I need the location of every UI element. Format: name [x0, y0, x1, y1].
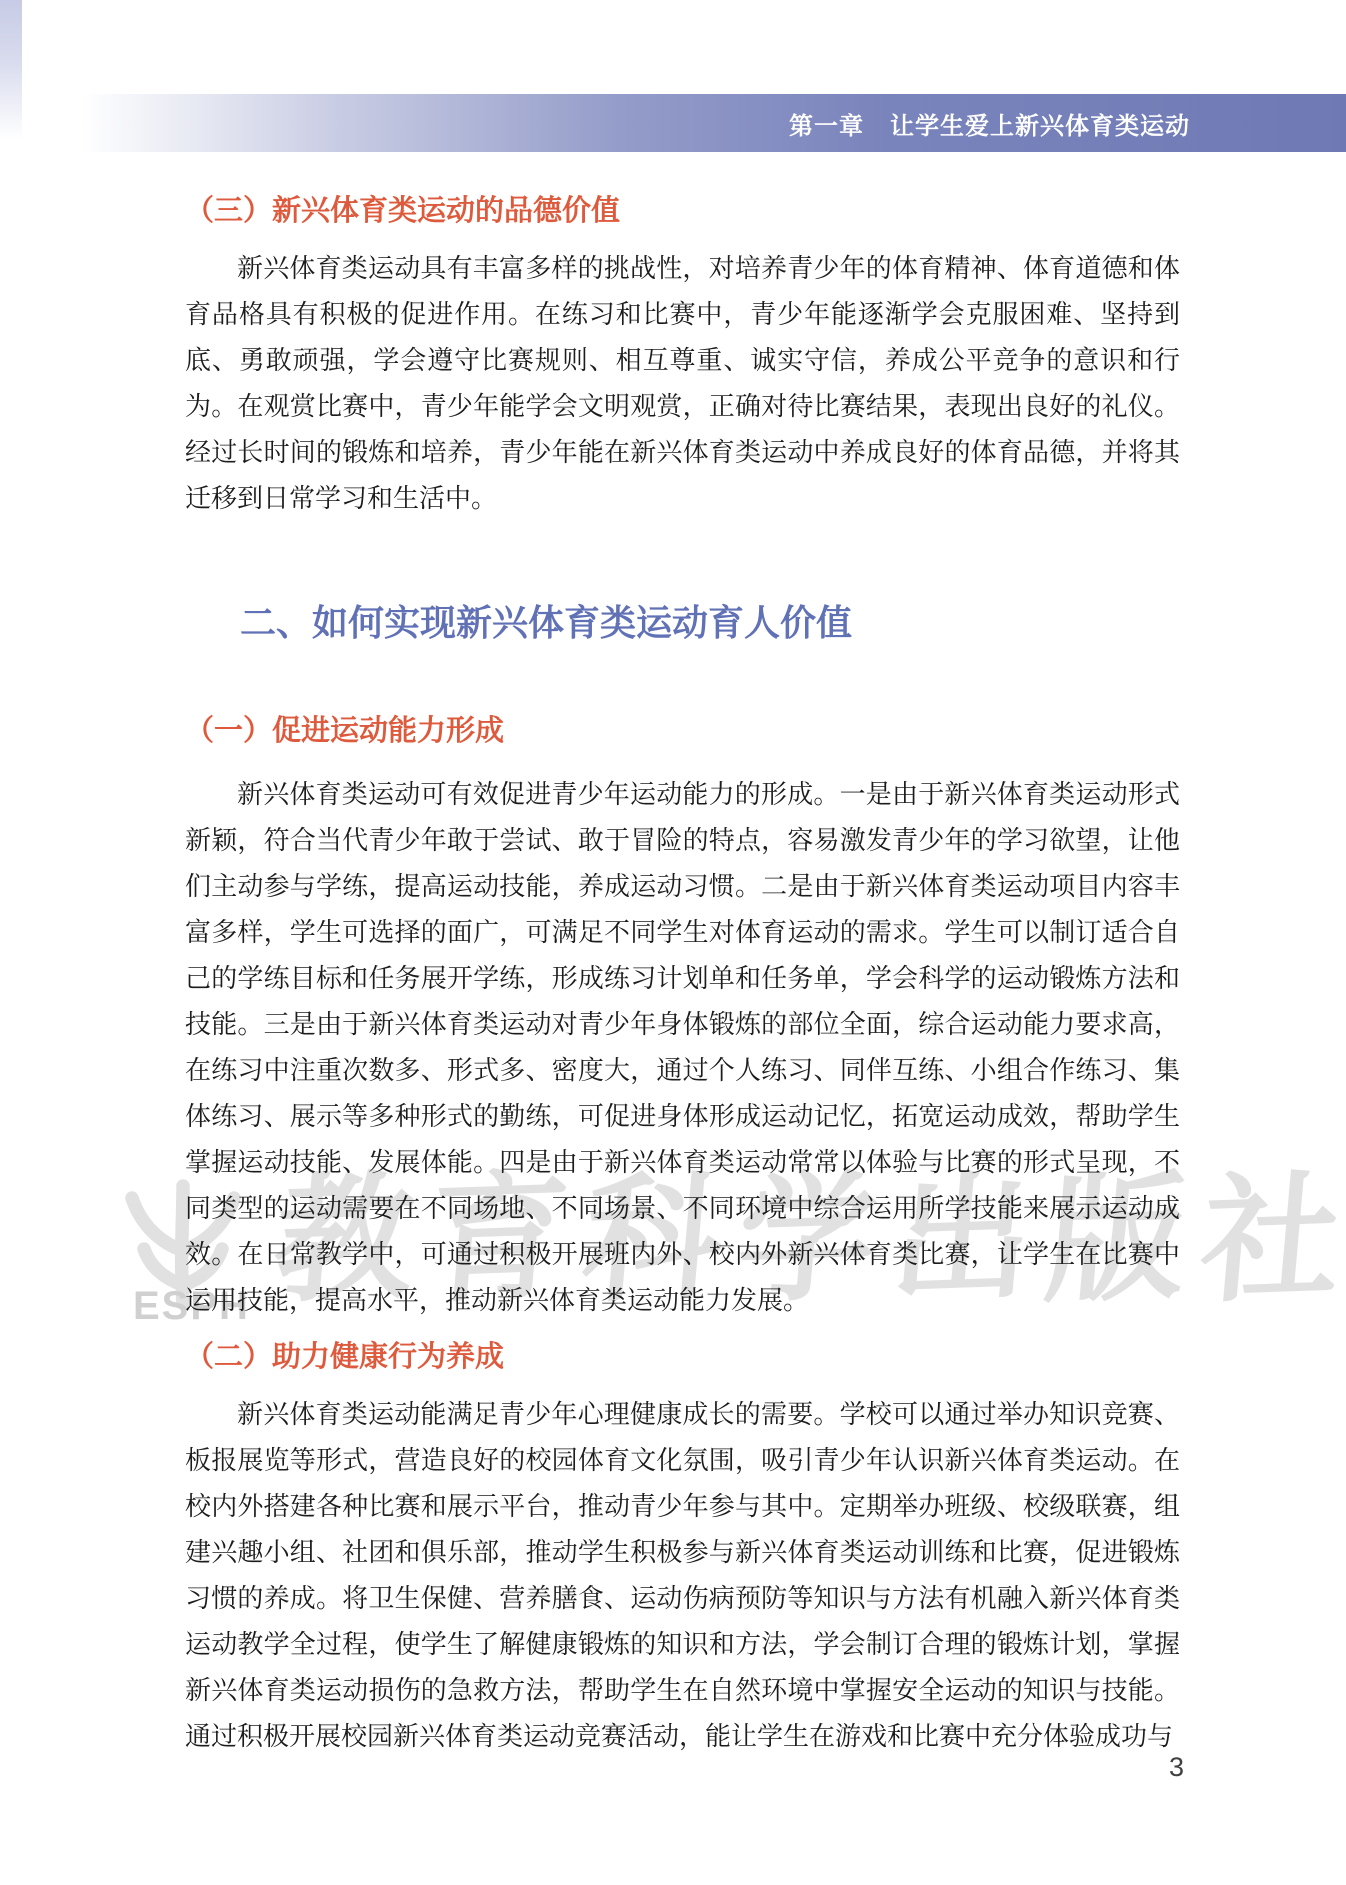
chapter-label: 第一章 [789, 106, 864, 141]
section-heading-how-to-realize-value: 二、如何实现新兴体育类运动育人价值 [185, 598, 1180, 648]
subsection-heading-healthy-behavior: （二）助力健康行为养成 [185, 1336, 1180, 1378]
page-number: 3 [1169, 1752, 1184, 1783]
chapter-title: 让学生爱上新兴体育类运动 [890, 106, 1190, 141]
paragraph-morality-value: 新兴体育类运动具有丰富多样的挑战性，对培养青少年的体育精神、体育道德和体育品格具… [185, 246, 1180, 522]
paragraph-healthy-behavior: 新兴体育类运动能满足青少年心理健康成长的需要。学校可以通过举办知识竞赛、板报展览… [185, 1392, 1180, 1760]
chapter-header-band: 第一章 让学生爱上新兴体育类运动 [0, 94, 1346, 152]
subsection-heading-sport-ability: （一）促进运动能力形成 [185, 710, 1180, 752]
book-page: 第一章 让学生爱上新兴体育类运动 教 育 科 学 出 版 社 ESPH [0, 0, 1346, 1885]
subsection-heading-morality-value: （三）新兴体育类运动的品德价值 [185, 190, 1180, 232]
page-content: （三）新兴体育类运动的品德价值 新兴体育类运动具有丰富多样的挑战性，对培养青少年… [0, 0, 1346, 1885]
paragraph-sport-ability: 新兴体育类运动可有效促进青少年运动能力的形成。一是由于新兴体育类运动形式新颖，符… [185, 772, 1180, 1324]
left-accent-strip [0, 0, 22, 140]
